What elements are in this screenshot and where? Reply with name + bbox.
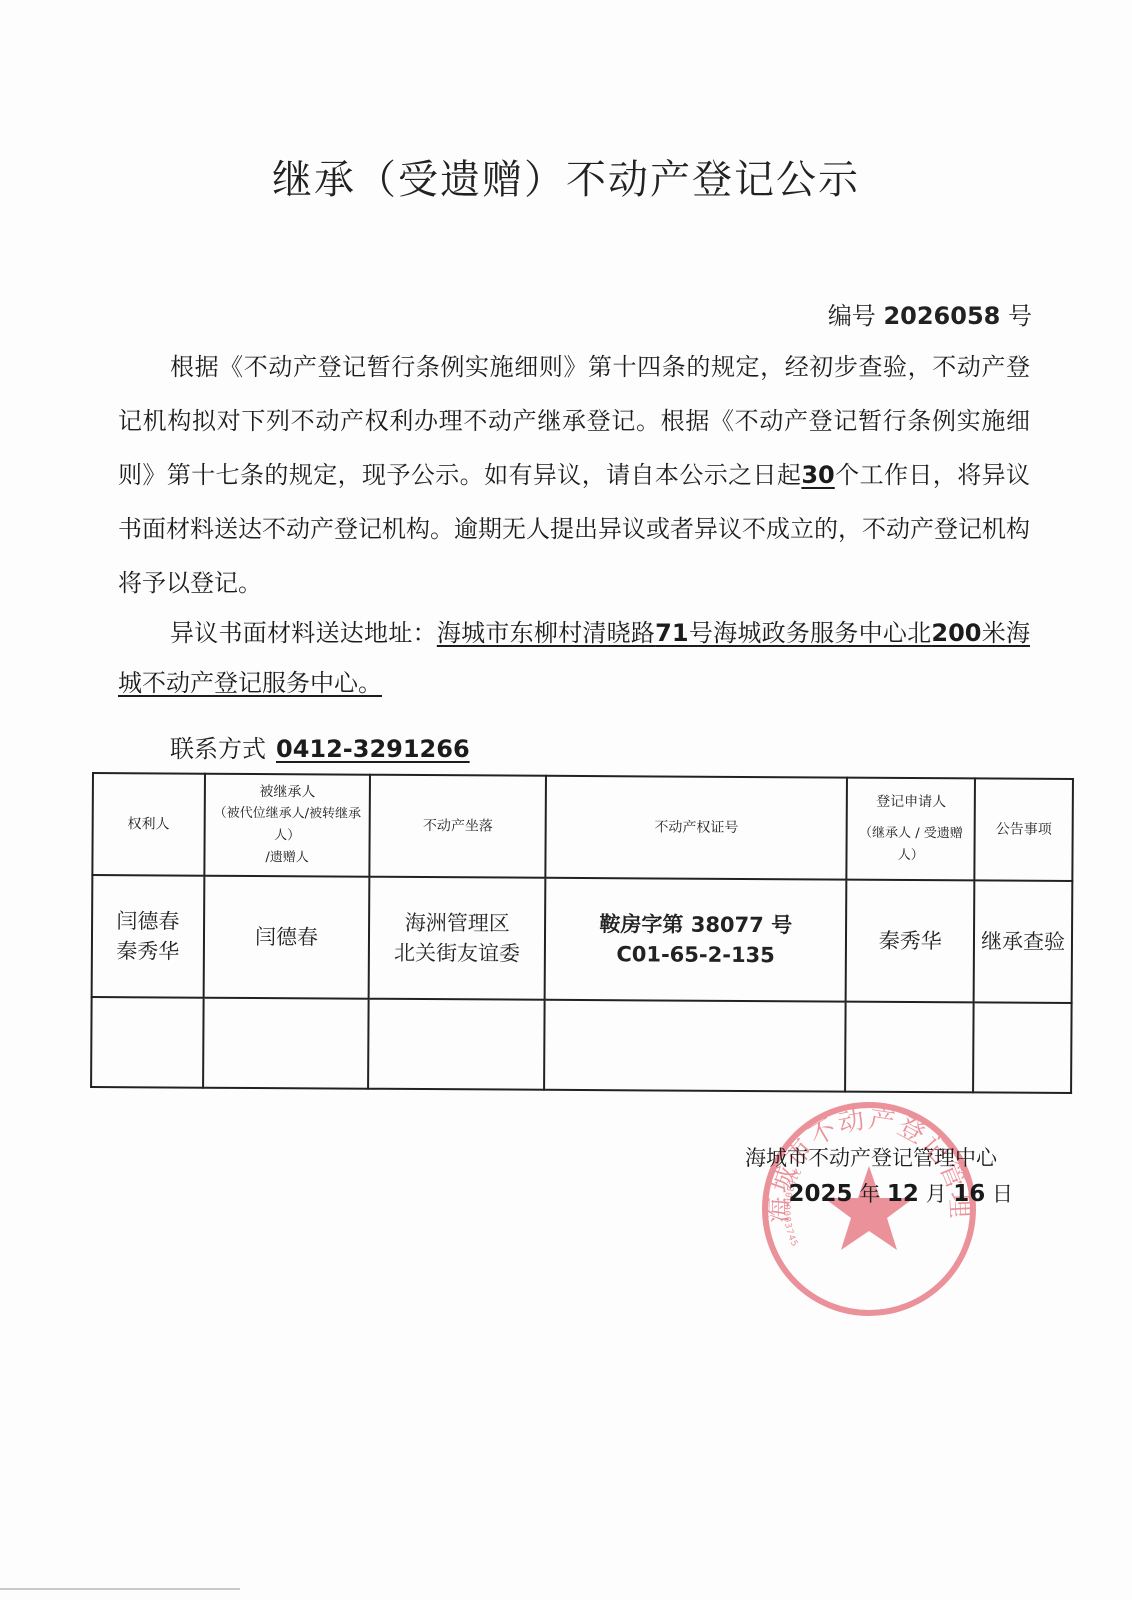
location-line1: 海洲管理区 bbox=[372, 908, 542, 939]
date-month-unit: 月 bbox=[926, 1182, 947, 1206]
header-decedent-sub1: （被代位继承人/被转继承人） bbox=[207, 803, 367, 848]
empty-cell bbox=[845, 1002, 973, 1093]
date-day-unit: 日 bbox=[992, 1182, 1013, 1206]
document-number-suffix: 号 bbox=[1008, 302, 1032, 330]
header-rights-holder: 权利人 bbox=[92, 773, 204, 876]
rights-holder-2: 秦秀华 bbox=[95, 936, 201, 967]
address-number2: 200 bbox=[931, 619, 981, 647]
notice-paragraph: 根据《不动产登记暂行条例实施细则》第十四条的规定，经初步查验，不动产登记机构拟对… bbox=[118, 340, 1030, 610]
signature-block: 海城市不动产登记管理中心 2025 年 12 月 16 日 bbox=[745, 1142, 1025, 1208]
empty-cell bbox=[544, 1000, 846, 1092]
cell-applicant: 秦秀华 bbox=[846, 880, 974, 1003]
empty-cell bbox=[368, 999, 544, 1090]
empty-cell bbox=[973, 1002, 1071, 1093]
cell-decedent: 闫德春 bbox=[203, 876, 369, 999]
scan-edge-line bbox=[0, 1588, 240, 1590]
empty-cell bbox=[91, 997, 203, 1088]
date-day: 16 bbox=[953, 1181, 985, 1207]
objection-address-paragraph: 异议书面材料送达地址：海城市东柳村清晓路71号海城政务服务中心北200米海城不动… bbox=[118, 608, 1030, 708]
issue-date: 2025 年 12 月 16 日 bbox=[745, 1178, 1025, 1208]
date-year: 2025 bbox=[789, 1181, 853, 1207]
header-applicant-sub: （继承人 / 受遗赠人） bbox=[850, 823, 972, 868]
objection-days: 30 bbox=[801, 461, 834, 489]
address-part2: 号海城政务服务中心北 bbox=[689, 619, 932, 647]
cell-location: 海洲管理区 北关街友谊委 bbox=[369, 877, 545, 1000]
cell-notice-item: 继承查验 bbox=[974, 880, 1073, 1003]
table-row: 闫德春 秦秀华 闫德春 海洲管理区 北关街友谊委 鞍房字第 38077 号 C0… bbox=[92, 875, 1073, 1003]
certificate-line1: 鞍房字第 38077 号 bbox=[548, 909, 844, 941]
table-header-row: 权利人 被继承人 （被代位继承人/被转继承人） /遗赠人 不动产坐落 不动产权证… bbox=[92, 773, 1073, 881]
date-month: 12 bbox=[887, 1181, 919, 1207]
rights-holder-1: 闫德春 bbox=[95, 906, 201, 937]
empty-cell bbox=[203, 998, 369, 1089]
header-decedent-sub2: /遗赠人 bbox=[207, 847, 367, 870]
address-label: 异议书面材料送达地址： bbox=[170, 619, 437, 647]
contact-label: 联系方式 bbox=[170, 735, 266, 763]
header-location: 不动产坐落 bbox=[370, 775, 546, 878]
contact-line: 联系方式0412-3291266 bbox=[170, 722, 470, 776]
header-notice-item: 公告事项 bbox=[974, 778, 1072, 881]
header-decedent: 被继承人 （被代位继承人/被转继承人） /遗赠人 bbox=[204, 774, 370, 877]
header-certificate: 不动产权证号 bbox=[545, 776, 847, 880]
contact-phone: 0412-3291266 bbox=[276, 735, 470, 763]
certificate-line2: C01-65-2-135 bbox=[548, 939, 844, 971]
header-decedent-main: 被继承人 bbox=[208, 781, 368, 804]
document-page: 继承（受遗赠）不动产登记公示 编号 2026058 号 根据《不动产登记暂行条例… bbox=[0, 0, 1132, 1600]
date-year-unit: 年 bbox=[859, 1182, 880, 1206]
document-number-value: 2026058 bbox=[883, 302, 1000, 330]
document-title: 继承（受遗赠）不动产登记公示 bbox=[0, 148, 1132, 205]
document-number: 编号 2026058 号 bbox=[828, 296, 1032, 331]
location-line2: 北关街友谊委 bbox=[372, 938, 542, 969]
header-applicant-main: 登记申请人 bbox=[850, 791, 972, 814]
address-part1: 海城市东柳村清晓路 bbox=[437, 619, 655, 647]
header-applicant: 登记申请人 （继承人 / 受遗赠人） bbox=[847, 778, 975, 881]
official-seal-icon: 海城市不动产登记管理中心 2103000003745 bbox=[758, 1098, 980, 1320]
cell-rights-holder: 闫德春 秦秀华 bbox=[92, 875, 205, 998]
address-number1: 71 bbox=[655, 619, 688, 647]
cell-certificate: 鞍房字第 38077 号 C01-65-2-135 bbox=[545, 878, 847, 1002]
issuing-organization: 海城市不动产登记管理中心 bbox=[745, 1142, 1025, 1172]
registration-table: 权利人 被继承人 （被代位继承人/被转继承人） /遗赠人 不动产坐落 不动产权证… bbox=[90, 772, 1074, 1094]
table-row-empty bbox=[91, 997, 1072, 1093]
document-number-prefix: 编号 bbox=[828, 302, 876, 330]
